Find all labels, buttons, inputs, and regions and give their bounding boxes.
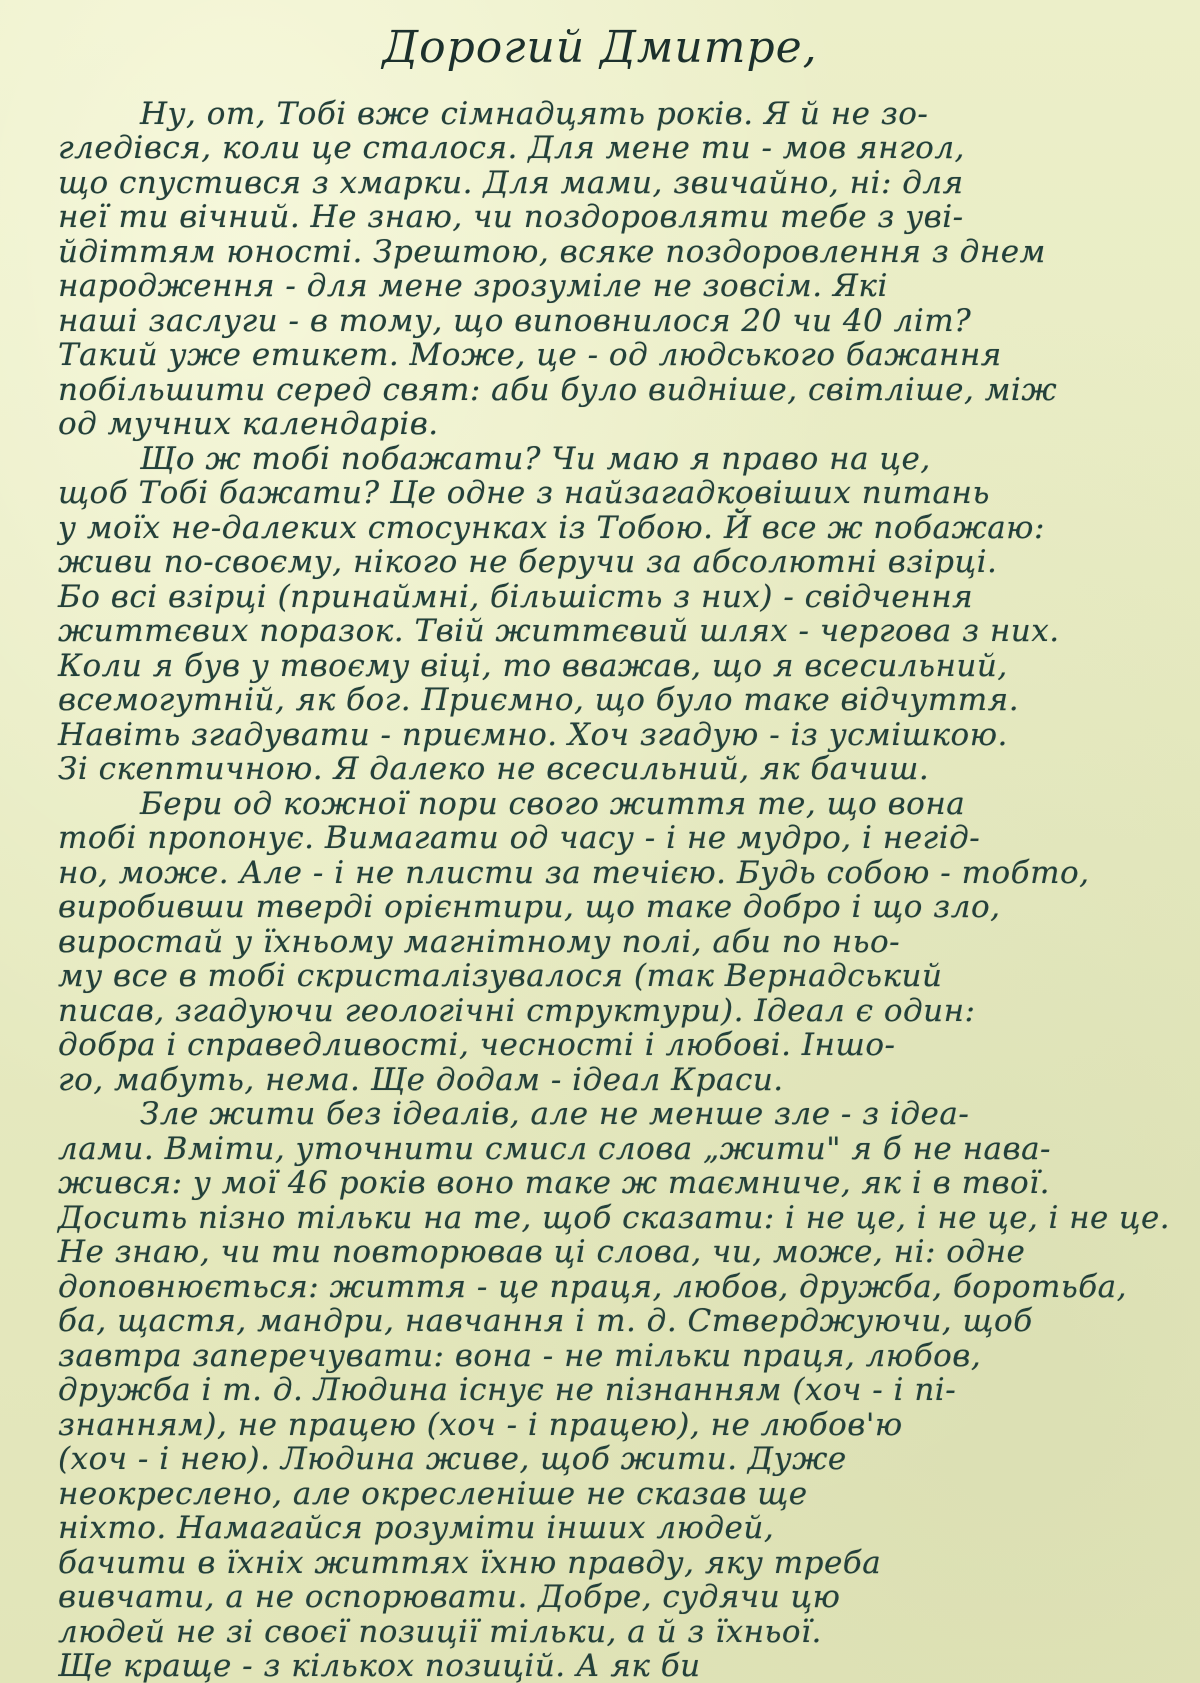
letter-line: завтра заперечувати: вона - не тільки пр… <box>58 1338 981 1374</box>
letter-line: Навіть згадувати - приємно. Хоч згадую -… <box>58 717 1008 753</box>
letter-line: од мучних календарів. <box>58 406 439 442</box>
letter-line: Бери од кожної пори свого життя те, що в… <box>140 786 965 822</box>
letter-line: неокреслено, але окресленіше не сказав щ… <box>58 1476 808 1512</box>
letter-line: го, мабуть, нема. Ще додам - ідеал Краси… <box>58 1062 784 1098</box>
letter-line: Не знаю, чи ти повторював ці слова, чи, … <box>58 1234 1025 1270</box>
letter-line: людей не зі своєї позиції тільки, а й з … <box>58 1614 822 1650</box>
letter-line: Досить пізно тільки на те, щоб сказати: … <box>58 1200 1170 1236</box>
letter-line: вивчати, а не оспорювати. Добре, судячи … <box>58 1579 840 1615</box>
letter-line: Ну, от, Тобі вже сімнадцять років. Я й н… <box>140 96 928 132</box>
letter-line: Ще краще - з кількох позицій. А як би <box>58 1648 701 1683</box>
letter-line: всемогутній, як бог. Приємно, що було та… <box>58 682 1019 718</box>
letter-line: народження - для мене зрозуміле не зовсі… <box>58 268 888 304</box>
letter-line: живи по-своєму, нікого не беручи за абсо… <box>58 544 997 580</box>
letter-line: Зі скептичною. Я далеко не всесильний, я… <box>58 751 929 787</box>
letter-line: побільшити серед свят: аби було видніше,… <box>58 372 1057 408</box>
letter-salutation: Дорогий Дмитре, <box>0 8 1200 88</box>
letter-line: доповнюється: життя - це праця, любов, д… <box>58 1269 1127 1305</box>
letter-line: Що ж тобі побажати? Чи маю я право на це… <box>140 441 931 477</box>
letter-line: Такий уже етикет. Може, це - од людськог… <box>58 337 1002 373</box>
letter-line: життєвих поразок. Твій життєвий шлях - ч… <box>58 613 1060 649</box>
letter-line: щоб Тобі бажати? Це одне з найзагадковіш… <box>58 475 990 511</box>
handwritten-letter: Дорогий Дмитре, Ну, от, Тобі вже сімнадц… <box>0 0 1200 1683</box>
letter-line: виростай у їхньому магнітному полі, аби … <box>58 924 900 960</box>
letter-line: му все в тобі скристалізувалося (так Вер… <box>58 958 942 994</box>
letter-line: бачити в їхніх життях їхню правду, яку т… <box>58 1545 881 1581</box>
letter-line: у моїх не-далеких стосунках із Тобою. Й … <box>58 510 1045 546</box>
letter-line: наші заслуги - в тому, що виповнилося 20… <box>58 303 971 339</box>
letter-line: знанням), не працею (хоч - і працею), не… <box>58 1407 903 1443</box>
letter-line: що спустився з хмарки. Для мами, звичайн… <box>58 165 964 201</box>
letter-line: ба, щастя, мандри, навчання і т. д. Стве… <box>58 1303 1033 1339</box>
letter-line: Коли я був у твоєму віці, то вважав, що … <box>58 648 1008 684</box>
letter-line: Зле жити без ідеалів, але не менше зле -… <box>140 1096 969 1132</box>
letter-line: жився: у мої 46 років воно таке ж таємни… <box>58 1165 1050 1201</box>
letter-line: неї ти вічний. Не знаю, чи поздоровляти … <box>58 199 964 235</box>
letter-line: виробивши тверді орієнтири, що таке добр… <box>58 889 1000 925</box>
letter-line: ніхто. Намагайся розуміти інших людей, <box>58 1510 774 1546</box>
letter-line: тобі пропонує. Вимагати од часу - і не м… <box>58 820 980 856</box>
letter-line: (хоч - і нею). Людина живе, щоб жити. Ду… <box>58 1441 847 1477</box>
letter-line: писав, згадуючи геологічні структури). І… <box>58 993 976 1029</box>
letter-line: добра і справедливості, чесності і любов… <box>58 1027 895 1063</box>
letter-line: дружба і т. д. Людина існує не пізнанням… <box>58 1372 956 1408</box>
letter-line: Бо всі взірці (принаймні, більшість з ни… <box>58 579 973 615</box>
letter-line: гледівся, коли це сталося. Для мене ти -… <box>58 130 965 166</box>
letter-line: йдіттям юності. Зрештою, всяке поздоровл… <box>58 234 1046 270</box>
letter-line: но, може. Але - і не плисти за течією. Б… <box>58 855 1090 891</box>
letter-line: лами. Вміти, уточнити смисл слова „жити"… <box>58 1131 1051 1167</box>
